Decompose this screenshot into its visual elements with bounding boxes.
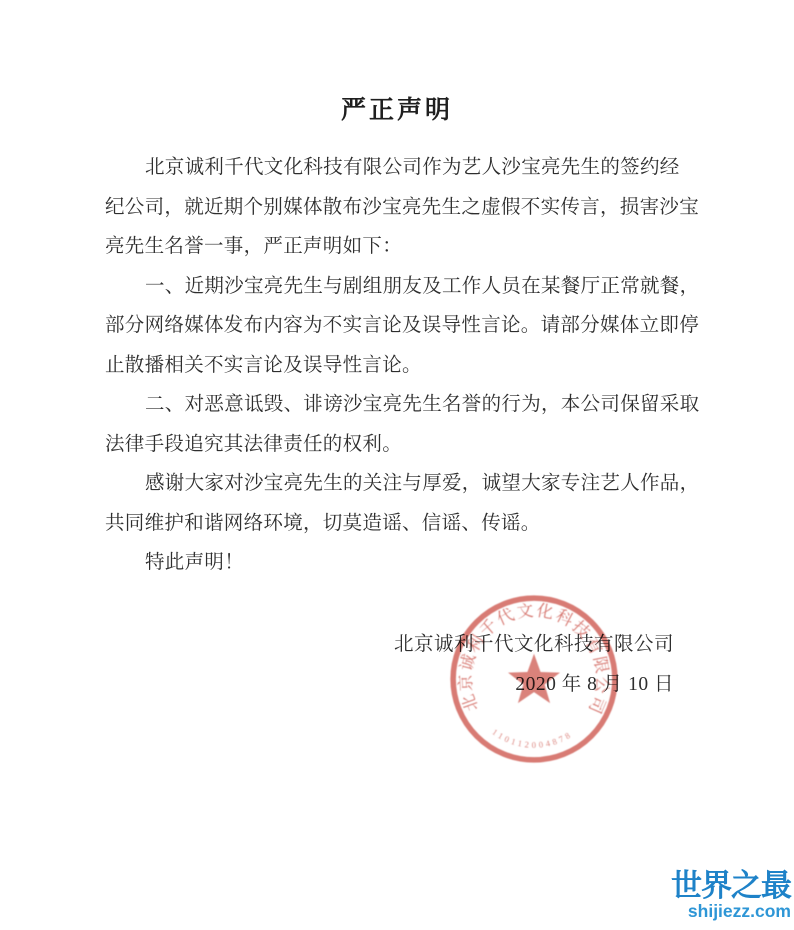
body-line: 亮先生名誉一事，严正声明如下： [105, 227, 725, 267]
statement-title: 严正声明 [0, 90, 794, 126]
body-line: 止散播相关不实言论及误导性言论。 [105, 346, 725, 386]
seal-number-arc-text: 110112004878 [490, 727, 574, 750]
body-line: 特此声明！ [105, 543, 725, 583]
body-line: 二、对恶意诋毁、诽谤沙宝亮先生名誉的行为，本公司保留采取 [105, 385, 725, 425]
statement-body: 北京诚利千代文化科技有限公司作为艺人沙宝亮先生的签约经纪公司，就近期个别媒体散布… [105, 148, 725, 583]
body-line: 部分网络媒体发布内容为不实言论及误导性言论。请部分媒体立即停 [105, 306, 725, 346]
scanned-statement-page: 严正声明 北京诚利千代文化科技有限公司作为艺人沙宝亮先生的签约经纪公司，就近期个… [0, 0, 794, 930]
body-line: 法律手段追究其法律责任的权利。 [105, 425, 725, 465]
body-line: 共同维护和谐网络环境，切莫造谣、信谣、传谣。 [105, 504, 725, 544]
site-watermark: 世界之最 shijiezz.com [671, 870, 791, 921]
seal-star-icon [508, 654, 560, 703]
body-line: 北京诚利千代文化科技有限公司作为艺人沙宝亮先生的签约经 [105, 148, 725, 188]
body-line: 纪公司，就近期个别媒体散布沙宝亮先生之虚假不实传言，损害沙宝 [105, 188, 725, 228]
watermark-logo-text: 世界之最 [671, 870, 791, 901]
watermark-domain: shijiezz.com [671, 903, 791, 921]
company-seal-stamp: 北京诚利千代文化科技有限公司 110112004878 [443, 588, 625, 770]
body-line: 感谢大家对沙宝亮先生的关注与厚爱，诚望大家专注艺人作品， [105, 464, 725, 504]
body-line: 一、近期沙宝亮先生与剧组朋友及工作人员在某餐厅正常就餐， [105, 267, 725, 307]
